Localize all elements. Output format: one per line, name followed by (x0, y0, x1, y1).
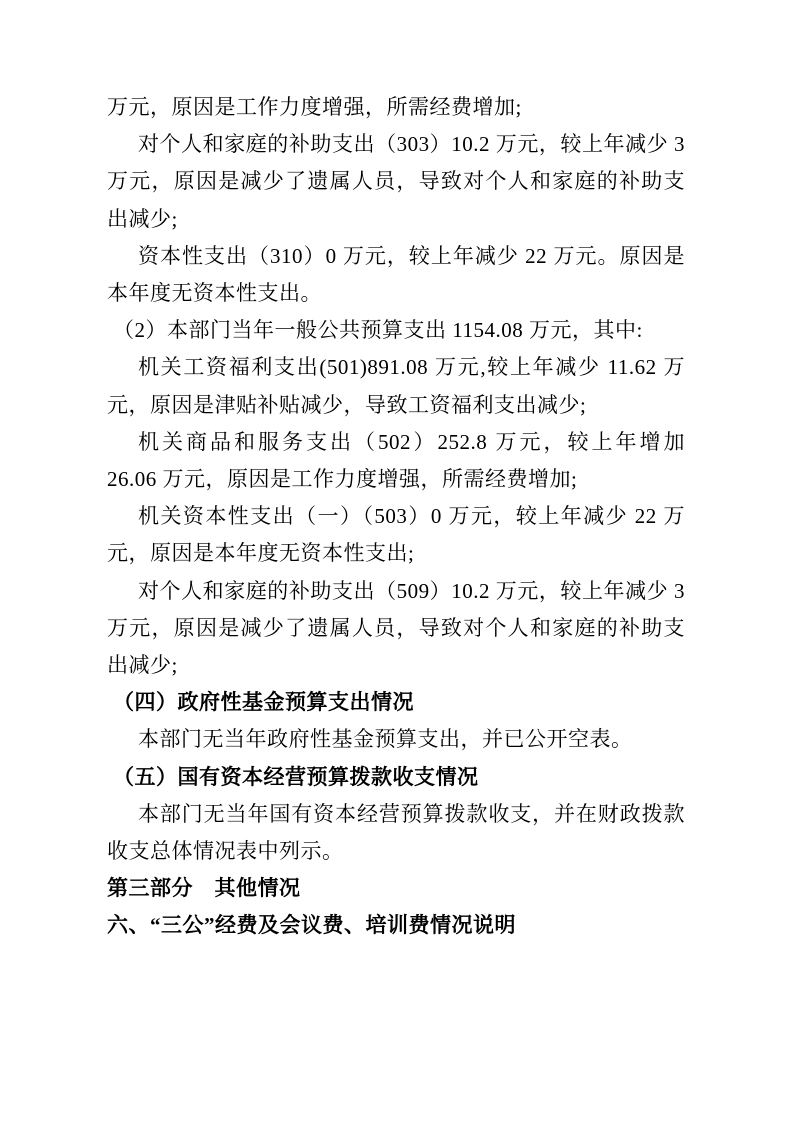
paragraph-capital-503: 机关资本性支出（一）（503）0 万元，较上年减少 22 万元，原因是本年度无资… (107, 498, 685, 572)
part3-heading: 第三部分 其他情况 (107, 870, 685, 907)
paragraph-subsidy-509: 对个人和家庭的补助支出（509）10.2 万元，较上年减少 3 万元，原因是减少… (107, 573, 685, 685)
paragraph-continuation: 万元，原因是工作力度增强，所需经费增加; (107, 89, 685, 126)
section6-heading: 六、“三公”经费及会议费、培训费情况说明 (107, 907, 685, 944)
heading-section-4: （四）政府性基金预算支出情况 (107, 684, 685, 721)
heading-section-5: （五）国有资本经营预算拨款收支情况 (107, 759, 685, 796)
document-page: 万元，原因是工作力度增强，所需经费增加; 对个人和家庭的补助支出（303）10.… (0, 0, 793, 1122)
paragraph-subsidy-303: 对个人和家庭的补助支出（303）10.2 万元，较上年减少 3 万元，原因是减少… (107, 126, 685, 238)
paragraph-general-budget-total: （2）本部门当年一般公共预算支出 1154.08 万元，其中: (107, 312, 685, 349)
document-content: 万元，原因是工作力度增强，所需经费增加; 对个人和家庭的补助支出（303）10.… (107, 89, 685, 945)
paragraph-gov-fund-note: 本部门无当年政府性基金预算支出，并已公开空表。 (107, 721, 685, 758)
paragraph-capital-310: 资本性支出（310）0 万元，较上年减少 22 万元。原因是本年度无资本性支出。 (107, 238, 685, 312)
paragraph-state-capital-note: 本部门无当年国有资本经营预算拨款收支，并在财政拨款收支总体情况表中列示。 (107, 796, 685, 870)
paragraph-salary-501: 机关工资福利支出(501)891.08 万元,较上年减少 11.62 万元，原因… (107, 349, 685, 423)
paragraph-goods-services-502: 机关商品和服务支出（502）252.8 万元，较上年增加 26.06 万元，原因… (107, 424, 685, 498)
